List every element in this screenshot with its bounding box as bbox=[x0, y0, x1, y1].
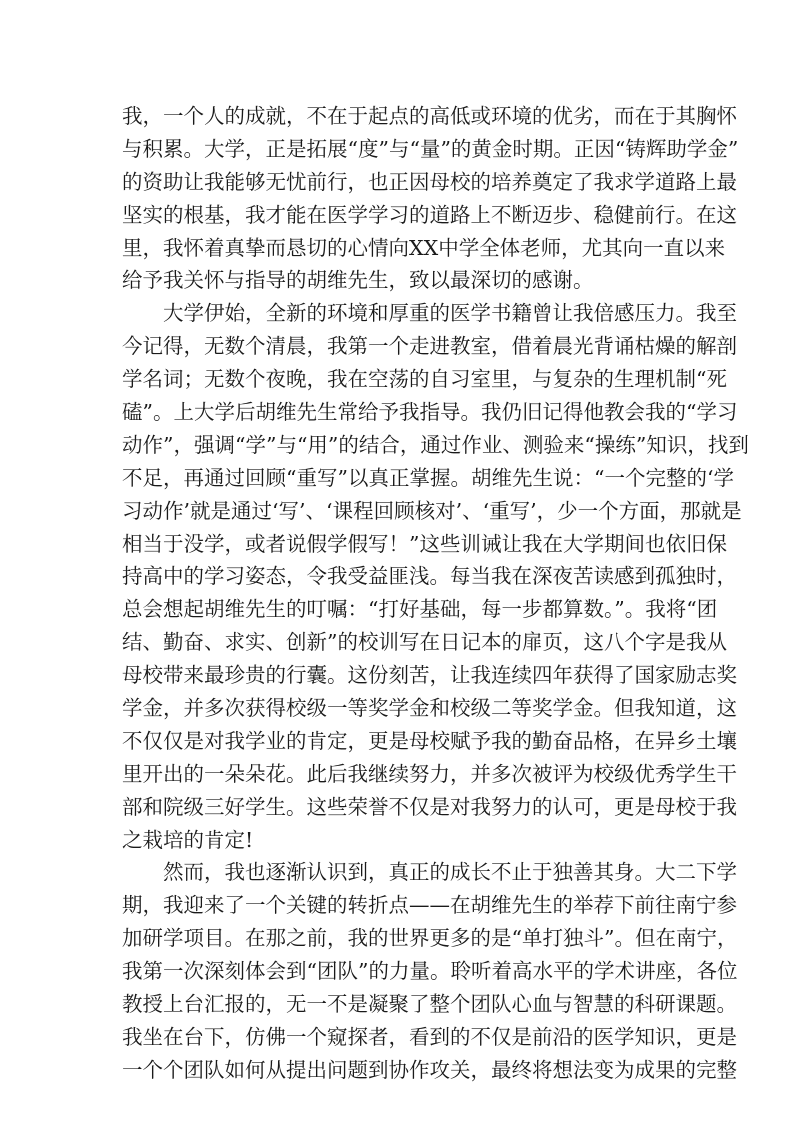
text-line: 加研学项目。在那之前，我的世界更多的是“单打独斗”。但在南宁， bbox=[122, 922, 674, 955]
text-line: 磕”。上大学后胡维先生常给予我指导。我仍旧记得他教会我的“学习 bbox=[122, 396, 674, 429]
text-line: 期，我迎来了一个关键的转折点——在胡维先生的举荐下前往南宁参 bbox=[122, 889, 674, 922]
text-line: 我第一次深刻体会到“团队”的力量。聆听着高水平的学术讲座，各位 bbox=[122, 955, 674, 988]
text-line: 相当于没学，或者说假学假写！”这些训诫让我在大学期间也依旧保 bbox=[122, 528, 674, 561]
text-line: 结、勤奋、求实、创新”的校训写在日记本的扉页，这八个字是我从 bbox=[122, 626, 674, 659]
text-line: 里，我怀着真挚而恳切的心情向XX中学全体老师，尤其向一直以来 bbox=[122, 232, 674, 265]
text-line: 学金，并多次获得校级一等奖学金和校级二等奖学金。但我知道，这 bbox=[122, 692, 674, 725]
text-line: 教授上台汇报的，无一不是凝聚了整个团队心血与智慧的科研课题。 bbox=[122, 988, 674, 1021]
text-line: 不仅仅是对我学业的肯定，更是母校赋予我的勤奋品格，在异乡土壤 bbox=[122, 725, 674, 758]
text-line: 之栽培的肯定! bbox=[122, 824, 674, 857]
text-line: 习动作’就是通过‘写’、‘课程回顾核对’、‘重写’，少一个方面，那就是 bbox=[122, 495, 674, 528]
text-line: 一个个团队如何从提出问题到协作攻关，最终将想法变为成果的完整 bbox=[122, 1054, 674, 1087]
text-line: 今记得，无数个清晨，我第一个走进教室，借着晨光背诵枯燥的解剖 bbox=[122, 330, 674, 363]
text-line: 动作”，强调“学”与“用”的结合，通过作业、测验来“操练”知识，找到 bbox=[122, 429, 674, 462]
text-line: 我，一个人的成就，不在于起点的高低或环境的优劣，而在于其胸怀 bbox=[122, 100, 674, 133]
text-line: 给予我关怀与指导的胡维先生，致以最深切的感谢。 bbox=[122, 264, 674, 297]
paragraph-2: 大学伊始，全新的环境和厚重的医学书籍曾让我倍感压力。我至 今记得，无数个清晨，我… bbox=[122, 297, 674, 856]
text-line: 里开出的一朵朵花。此后我继续努力，并多次被评为校级优秀学生干 bbox=[122, 758, 674, 791]
text-line: 部和院级三好学生。这些荣誉不仅是对我努力的认可，更是母校于我 bbox=[122, 791, 674, 824]
text-line: 坚实的根基，我才能在医学学习的道路上不断迈步、稳健前行。在这 bbox=[122, 199, 674, 232]
text-line: 大学伊始，全新的环境和厚重的医学书籍曾让我倍感压力。我至 bbox=[122, 297, 674, 330]
text-line: 持高中的学习姿态，令我受益匪浅。每当我在深夜苦读感到孤独时， bbox=[122, 560, 674, 593]
text-line: 母校带来最珍贵的行囊。这份刻苦，让我连续四年获得了国家励志奖 bbox=[122, 659, 674, 692]
text-line: 的资助让我能够无忧前行，也正因母校的培养奠定了我求学道路上最 bbox=[122, 166, 674, 199]
text-line: 总会想起胡维先生的叮嘱：“打好基础，每一步都算数。”。我将“团 bbox=[122, 593, 674, 626]
document-page: 我，一个人的成就，不在于起点的高低或环境的优劣，而在于其胸怀 与积累。大学，正是… bbox=[122, 100, 674, 1087]
text-line: 我坐在台下，仿佛一个窥探者，看到的不仅是前沿的医学知识，更是 bbox=[122, 1021, 674, 1054]
paragraph-3: 然而，我也逐渐认识到，真正的成长不止于独善其身。大二下学 期，我迎来了一个关键的… bbox=[122, 856, 674, 1086]
paragraph-1: 我，一个人的成就，不在于起点的高低或环境的优劣，而在于其胸怀 与积累。大学，正是… bbox=[122, 100, 674, 297]
text-line: 不足，再通过回顾“重写”以真正掌握。胡维先生说：“一个完整的‘学 bbox=[122, 462, 674, 495]
text-line: 然而，我也逐渐认识到，真正的成长不止于独善其身。大二下学 bbox=[122, 856, 674, 889]
text-line: 与积累。大学，正是拓展“度”与“量”的黄金时期。正因“铸辉助学金” bbox=[122, 133, 674, 166]
text-line: 学名词；无数个夜晚，我在空荡的自习室里，与复杂的生理机制“死 bbox=[122, 363, 674, 396]
